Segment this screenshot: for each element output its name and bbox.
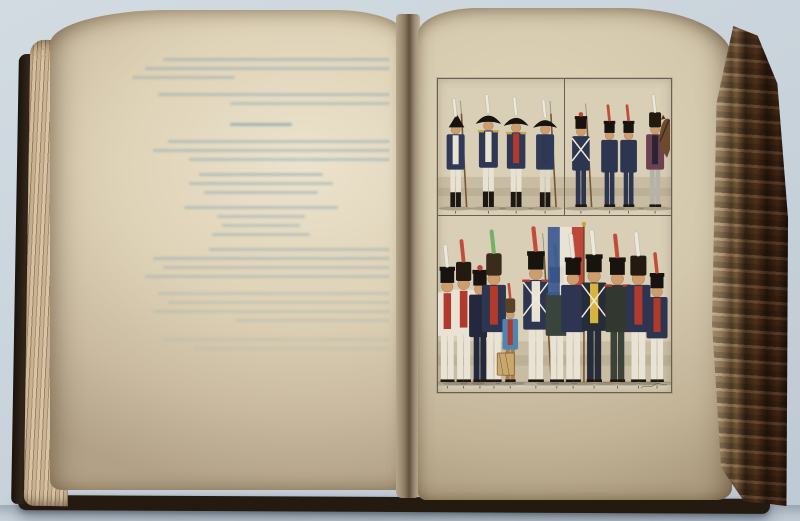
- plate-panel-top-left: [438, 79, 565, 216]
- showthrough-line: [199, 173, 323, 176]
- showthrough-line: [222, 224, 299, 227]
- showthrough-line: [158, 292, 390, 295]
- marbled-fore-edge: [712, 26, 788, 506]
- showthrough-line: [204, 191, 318, 194]
- plate-panel-bottom: [438, 216, 671, 390]
- showthrough-line: [189, 182, 333, 185]
- showthrough-line: [209, 248, 390, 251]
- showthrough-line: [217, 215, 305, 218]
- plate-signature: [640, 382, 668, 390]
- showthrough-line: [168, 140, 390, 143]
- panel-top-right-figures: [565, 79, 671, 215]
- showthrough-line: [153, 310, 390, 313]
- showthrough-line: [230, 123, 292, 126]
- left-page-blank: [50, 10, 402, 490]
- book-gutter-shadow: [396, 14, 420, 498]
- showthrough-line: [132, 76, 235, 79]
- showthrough-line: [163, 338, 390, 341]
- showthrough-line: [158, 93, 390, 96]
- showthrough-line: [153, 149, 390, 152]
- showthrough-line: [235, 319, 390, 322]
- showthrough-line: [194, 347, 390, 350]
- showthrough-line: [145, 275, 390, 278]
- uniform-plate: [437, 78, 672, 393]
- showthrough-line: [230, 102, 390, 105]
- showthrough-line: [163, 266, 390, 269]
- panel-bottom-figures: [438, 216, 671, 390]
- showthrough-line: [145, 67, 390, 70]
- showthrough-line: [163, 58, 390, 61]
- showthrough-line: [212, 233, 310, 236]
- panel-top-left-figures: [438, 79, 564, 215]
- photo-of-open-book: [0, 0, 800, 521]
- showthrough-line: [153, 257, 390, 260]
- showthrough-line: [168, 301, 390, 304]
- plate-panel-top-right: [565, 79, 671, 216]
- showthrough-line: [189, 158, 390, 161]
- showthrough-line: [184, 206, 339, 209]
- showthrough-text-mirrored: [132, 56, 390, 480]
